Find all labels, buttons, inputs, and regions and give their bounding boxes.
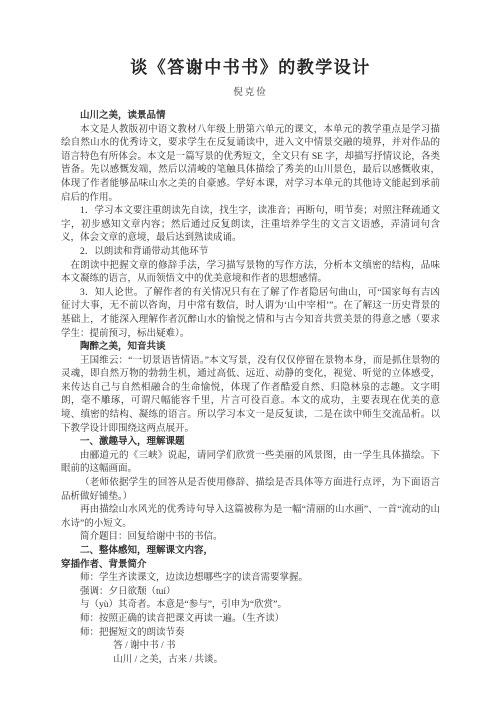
reading-rhythm-line: 山川 / 之美，古来 / 共谈。 xyxy=(61,654,440,668)
section-heading: 陶醉之美，知音共谈 xyxy=(61,341,440,355)
document-page: 谈《答谢中书书》的教学设计 倪克俭 山川之美，读景品情 本文是人教版初中语文教材… xyxy=(0,0,500,707)
paragraph: 1．学习本文要注重朗读先自读，找生字，读准音；再断句，明节奏；对照注释疏通文字，… xyxy=(61,205,440,246)
paragraph: 在朗读中把握文章的修辞手法，学习描写景物的写作方法，分析本文缜密的结构，品味本文… xyxy=(61,260,440,287)
paragraph: 强调：夕日欲颓（tuí） xyxy=(61,586,440,600)
page-title: 谈《答谢中书书》的教学设计 xyxy=(61,56,440,80)
paragraph: 由郦道元的《三峡》说起，请同学们欣赏一些美丽的风景图，由一学生具体描绘。下眼前的… xyxy=(61,450,440,477)
section-heading: 二、整体感知，理解课文内容， xyxy=(61,545,440,559)
document-body: 山川之美，读景品情 本文是人教版初中语文教材八年级上册第六单元的课文，本单元的教… xyxy=(61,110,440,667)
author-name: 倪克俭 xyxy=(61,87,440,100)
paragraph: 师：学生齐读课文，边读边想哪些字的读音需要掌握。 xyxy=(61,572,440,586)
paragraph: 再由描绘山水风光的优秀诗句导入这篇被称为是一幅“清丽的山水画”、一首“流动的山水… xyxy=(61,504,440,531)
paragraph: 王国维云：“一切景语皆情语。”本文写景，没有仅仅停留在景物本身，而是抓住景物的灵… xyxy=(61,355,440,437)
paragraph: （老师依据学生的回答从是否使用修辞、描绘是否具体等方面进行点评，为下面语言品析做… xyxy=(61,477,440,504)
paragraph: 2．以朗读和背诵带动其他环节 xyxy=(61,246,440,260)
paragraph: 师：把握短文的朗读节奏 xyxy=(61,627,440,641)
document-content: 谈《答谢中书书》的教学设计 倪克俭 山川之美，读景品情 本文是人教版初中语文教材… xyxy=(61,56,440,667)
section-heading: 一、激趣导入，理解课题 xyxy=(61,436,440,450)
paragraph: 简介题目：回复给谢中书的书信。 xyxy=(61,531,440,545)
paragraph: 与（yù）其奇者。本意是“参与”，引申为“欣赏”。 xyxy=(61,599,440,613)
section-heading: 穿插作者、背景简介 xyxy=(61,559,440,573)
reading-rhythm-line: 答 / 谢中书 / 书 xyxy=(61,640,440,654)
paragraph: 本文是人教版初中语文教材八年级上册第六单元的课文，本单元的教学重点是学习描绘自然… xyxy=(61,124,440,206)
paragraph: 师：按照正确的读音把课文再读一遍。（生齐读） xyxy=(61,613,440,627)
section-heading: 山川之美，读景品情 xyxy=(61,110,440,124)
paragraph: 3．知人论世。了解作者的有关情况只有在了解了作者隐居句曲山，可“国家每有吉凶征讨… xyxy=(61,287,440,341)
